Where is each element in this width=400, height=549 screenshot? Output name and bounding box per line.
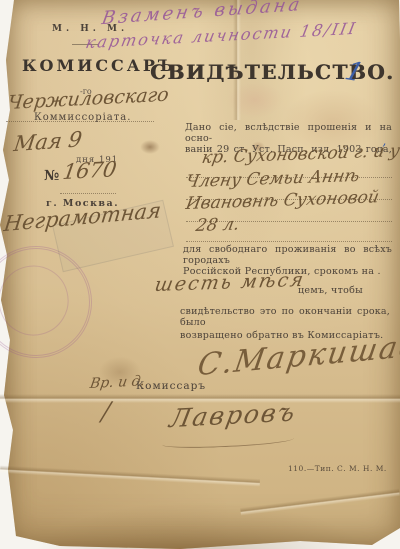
body-line-3: для свободнаго проживанія во всѣхъ город…: [183, 244, 392, 267]
body-handwritten-4: 28 л.: [194, 214, 241, 236]
printer-imprint: 110.—Тип. С. М. Н. М.: [288, 464, 387, 473]
body-line-6: свидѣтельство это по окончаніи срока, бы…: [180, 306, 390, 329]
office-name-printed: Коммиссоріата.: [34, 112, 131, 123]
blank-rule-4: [186, 240, 392, 242]
document-photo: М. Н. М. КОМИССАРЪ -го Чержиловскаго Ком…: [0, 0, 400, 549]
body-line-5-tail: цемъ, чтобы: [298, 285, 363, 296]
date-handwritten: Мая 9: [12, 127, 83, 156]
body-line-1: Дано сіе, вслѣдствіе прошенія и на осно-: [185, 122, 392, 145]
number-label: №: [44, 168, 59, 184]
number-value-handwritten: 1670: [61, 157, 118, 184]
blank-rule-number: [60, 192, 116, 194]
